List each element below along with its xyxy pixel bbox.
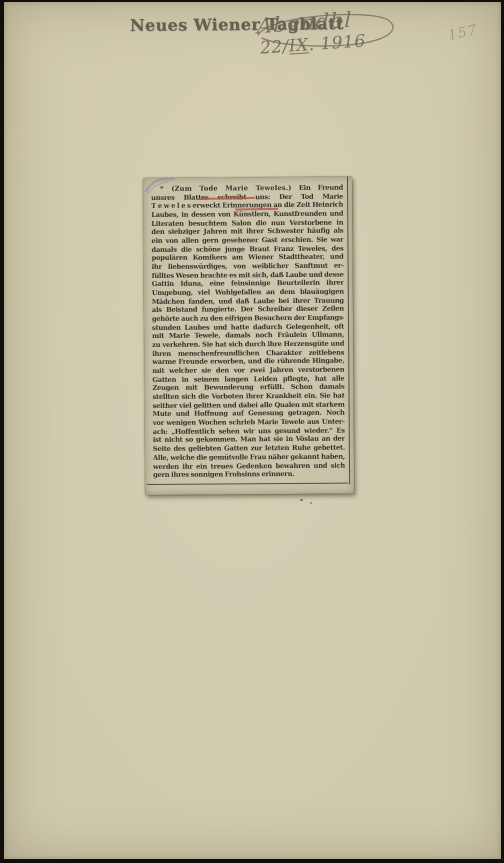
clipping-text-line: gern ihres sonnigen Frohsinns erinnern. [153, 470, 345, 480]
date-rest: . 1916 [308, 31, 366, 55]
paper-speck [300, 499, 303, 501]
date-month: IX [288, 35, 309, 56]
date-day: 22/ [259, 37, 289, 59]
clipping-text: * (Zum Tode Marie Teweles.) Ein Freundun… [151, 184, 345, 480]
column-rule-vertical [347, 177, 350, 485]
clipping-headline: * (Zum Tode Marie Teweles.) [160, 184, 292, 193]
clipping-line-rest: Ein Freund [292, 184, 344, 192]
pencil-page-number: 157 [447, 22, 479, 44]
paper-speck [310, 502, 312, 504]
column-rule-bottom [147, 483, 348, 486]
scanned-page: Neues Wiener Tagblatt Abendbl 22/IX. 191… [0, 0, 504, 863]
newspaper-clipping: * (Zum Tode Marie Teweles.) Ein Freundun… [143, 177, 354, 495]
paper-background: Neues Wiener Tagblatt Abendbl 22/IX. 191… [4, 2, 501, 859]
